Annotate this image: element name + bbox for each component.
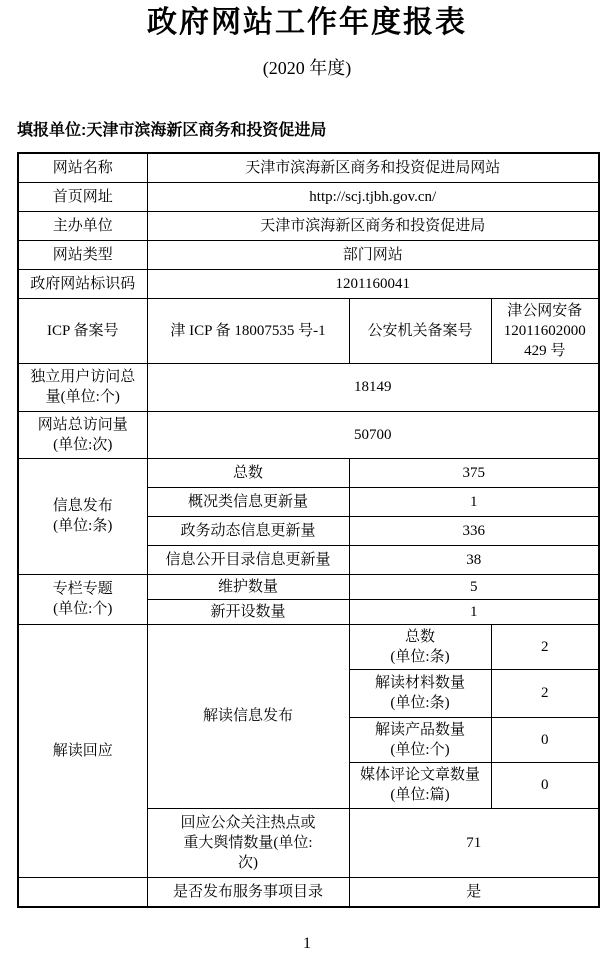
cell-total-visits-label: 网站总访问量 (单位:次) <box>18 411 147 458</box>
cell-info-publish-section-label: 信息发布 (单位:条) <box>18 458 147 574</box>
document-page: 政府网站工作年度报表 (2020 年度) 填报单位:天津市滨海新区商务和投资促进… <box>0 4 614 956</box>
cell-home-url-label: 首页网址 <box>18 182 147 211</box>
cell-interp-total-label: 总数 (单位:条) <box>349 624 491 669</box>
cell-info-dynamics-label: 政务动态信息更新量 <box>147 516 349 545</box>
cell-response-label: 回应公众关注热点或 重大舆情数量(单位: 次) <box>147 808 349 877</box>
reporting-unit-line: 填报单位:天津市滨海新区商务和投资促进局 <box>17 120 614 142</box>
cell-info-total-value: 375 <box>349 458 599 487</box>
table-row: 网站总访问量 (单位:次) 50700 <box>18 411 599 458</box>
table-row: 主办单位 天津市滨海新区商务和投资促进局 <box>18 211 599 240</box>
table-row: 网站名称 天津市滨海新区商务和投资促进局网站 <box>18 153 599 182</box>
cell-site-type-value: 部门网站 <box>147 240 599 269</box>
cell-info-overview-value: 1 <box>349 487 599 516</box>
page-number: 1 <box>0 934 614 954</box>
cell-organizer-label: 主办单位 <box>18 211 147 240</box>
cell-service-directory-label: 是否发布服务事项目录 <box>147 877 349 907</box>
cell-total-visits-value: 50700 <box>147 411 599 458</box>
reporting-unit-label: 填报单位: <box>17 122 86 139</box>
cell-special-topics-section-label: 专栏专题 (单位:个) <box>18 574 147 624</box>
cell-interp-products-value: 0 <box>491 717 599 762</box>
cell-site-type-label: 网站类型 <box>18 240 147 269</box>
page-subtitle: (2020 年度) <box>0 56 614 80</box>
cell-police-record-label: 公安机关备案号 <box>349 298 491 363</box>
cell-icp-value: 津 ICP 备 18007535 号-1 <box>147 298 349 363</box>
cell-interp-materials-value: 2 <box>491 669 599 717</box>
table-row: 信息发布 (单位:条) 总数 375 <box>18 458 599 487</box>
cell-empty <box>18 877 147 907</box>
cell-interp-media-label: 媒体评论文章数量 (单位:篇) <box>349 762 491 808</box>
cell-interpretation-section-label: 解读回应 <box>18 624 147 877</box>
cell-site-name-label: 网站名称 <box>18 153 147 182</box>
reporting-unit-value: 天津市滨海新区商务和投资促进局 <box>86 122 326 139</box>
cell-organizer-value: 天津市滨海新区商务和投资促进局 <box>147 211 599 240</box>
cell-info-directory-label: 信息公开目录信息更新量 <box>147 545 349 574</box>
table-row: ICP 备案号 津 ICP 备 18007535 号-1 公安机关备案号 津公网… <box>18 298 599 363</box>
cell-interp-media-value: 0 <box>491 762 599 808</box>
cell-interp-products-label: 解读产品数量 (单位:个) <box>349 717 491 762</box>
table-row: 网站类型 部门网站 <box>18 240 599 269</box>
annual-report-table: 网站名称 天津市滨海新区商务和投资促进局网站 首页网址 http://scj.t… <box>17 152 600 908</box>
table-row: 政府网站标识码 1201160041 <box>18 269 599 298</box>
cell-site-code-value: 1201160041 <box>147 269 599 298</box>
cell-service-directory-value: 是 <box>349 877 599 907</box>
cell-topics-maintained-label: 维护数量 <box>147 574 349 599</box>
cell-info-dynamics-value: 336 <box>349 516 599 545</box>
cell-info-overview-label: 概况类信息更新量 <box>147 487 349 516</box>
cell-home-url-value: http://scj.tjbh.gov.cn/ <box>147 182 599 211</box>
cell-interp-total-value: 2 <box>491 624 599 669</box>
cell-topics-new-label: 新开设数量 <box>147 599 349 624</box>
cell-unique-visitors-label: 独立用户访问总 量(单位:个) <box>18 363 147 411</box>
cell-site-code-label: 政府网站标识码 <box>18 269 147 298</box>
cell-interpretation-publish-label: 解读信息发布 <box>147 624 349 808</box>
cell-response-value: 71 <box>349 808 599 877</box>
table-row: 是否发布服务事项目录 是 <box>18 877 599 907</box>
table-row: 独立用户访问总 量(单位:个) 18149 <box>18 363 599 411</box>
cell-info-directory-value: 38 <box>349 545 599 574</box>
cell-site-name-value: 天津市滨海新区商务和投资促进局网站 <box>147 153 599 182</box>
page-title: 政府网站工作年度报表 <box>0 4 614 42</box>
table-row: 首页网址 http://scj.tjbh.gov.cn/ <box>18 182 599 211</box>
table-row: 解读回应 解读信息发布 总数 (单位:条) 2 <box>18 624 599 669</box>
cell-info-total-label: 总数 <box>147 458 349 487</box>
cell-police-record-value: 津公网安备 12011602000 429 号 <box>491 298 599 363</box>
cell-icp-label: ICP 备案号 <box>18 298 147 363</box>
cell-interp-materials-label: 解读材料数量 (单位:条) <box>349 669 491 717</box>
cell-topics-new-value: 1 <box>349 599 599 624</box>
table-row: 专栏专题 (单位:个) 维护数量 5 <box>18 574 599 599</box>
cell-unique-visitors-value: 18149 <box>147 363 599 411</box>
cell-topics-maintained-value: 5 <box>349 574 599 599</box>
